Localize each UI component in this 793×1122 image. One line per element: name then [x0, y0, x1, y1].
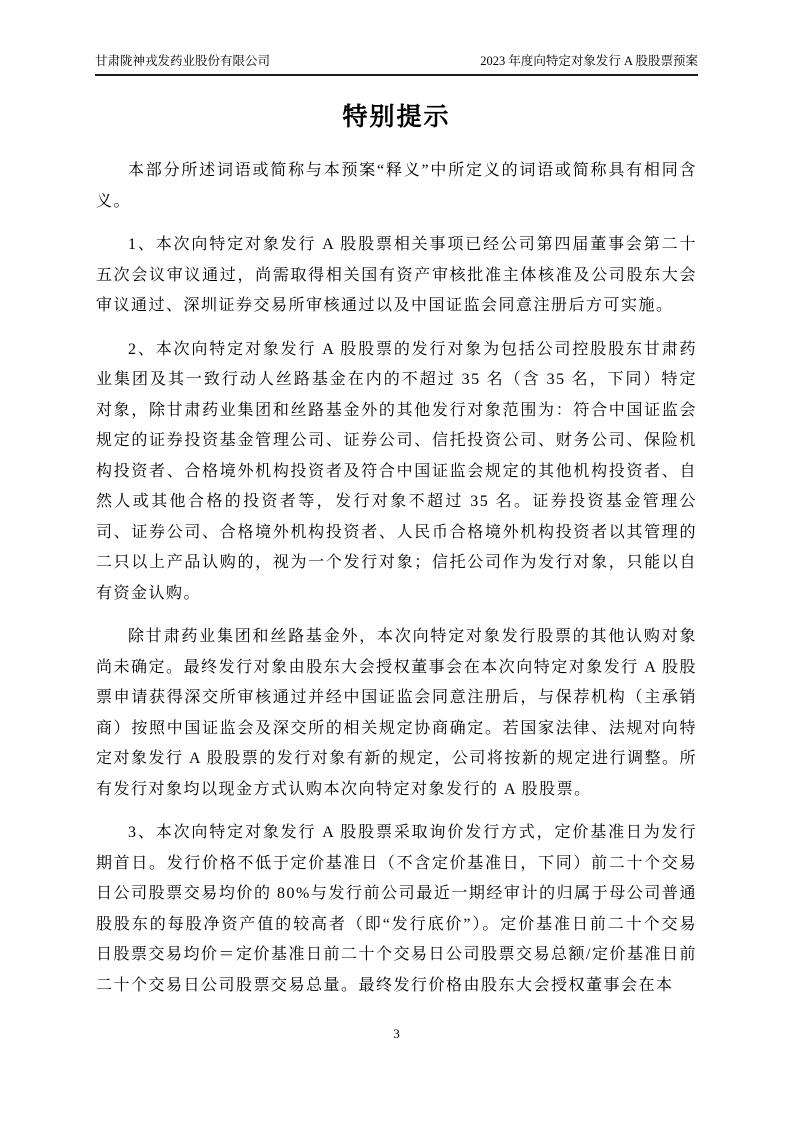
page-footer: 3: [0, 1026, 793, 1042]
header-right-document-title: 2023 年度向特定对象发行 A 股股票预案: [480, 54, 698, 69]
paragraph-item-2-issue-targets: 2、本次向特定对象发行 A 股股票的发行对象为包括公司控股股东甘肃药业集团及其一…: [96, 335, 697, 610]
paragraph-subscribers-undetermined: 除甘肃药业集团和丝路基金外，本次向特定对象发行股票的其他认购对象尚未确定。最终发…: [96, 622, 697, 805]
header-left-company-name: 甘肃陇神戎发药业股份有限公司: [95, 54, 270, 69]
page-number: 3: [393, 1026, 400, 1041]
document-page: 甘肃陇神戎发药业股份有限公司 2023 年度向特定对象发行 A 股股票预案 特别…: [0, 0, 793, 1122]
paragraph-definitions: 本部分所述词语或简称与本预案“释义”中所定义的词语或简称具有相同含义。: [96, 156, 697, 217]
paragraph-item-1-approval: 1、本次向特定对象发行 A 股股票相关事项已经公司第四届董事会第二十五次会议审议…: [96, 230, 697, 322]
paragraph-item-3-pricing: 3、本次向特定对象发行 A 股股票采取询价发行方式，定价基准日为发行期首日。发行…: [96, 818, 697, 1001]
page-header: 甘肃陇神戎发药业股份有限公司 2023 年度向特定对象发行 A 股股票预案: [95, 54, 698, 76]
page-title: 特别提示: [0, 99, 793, 135]
document-body: 本部分所述词语或简称与本预案“释义”中所定义的词语或简称具有相同含义。 1、本次…: [96, 156, 697, 1014]
